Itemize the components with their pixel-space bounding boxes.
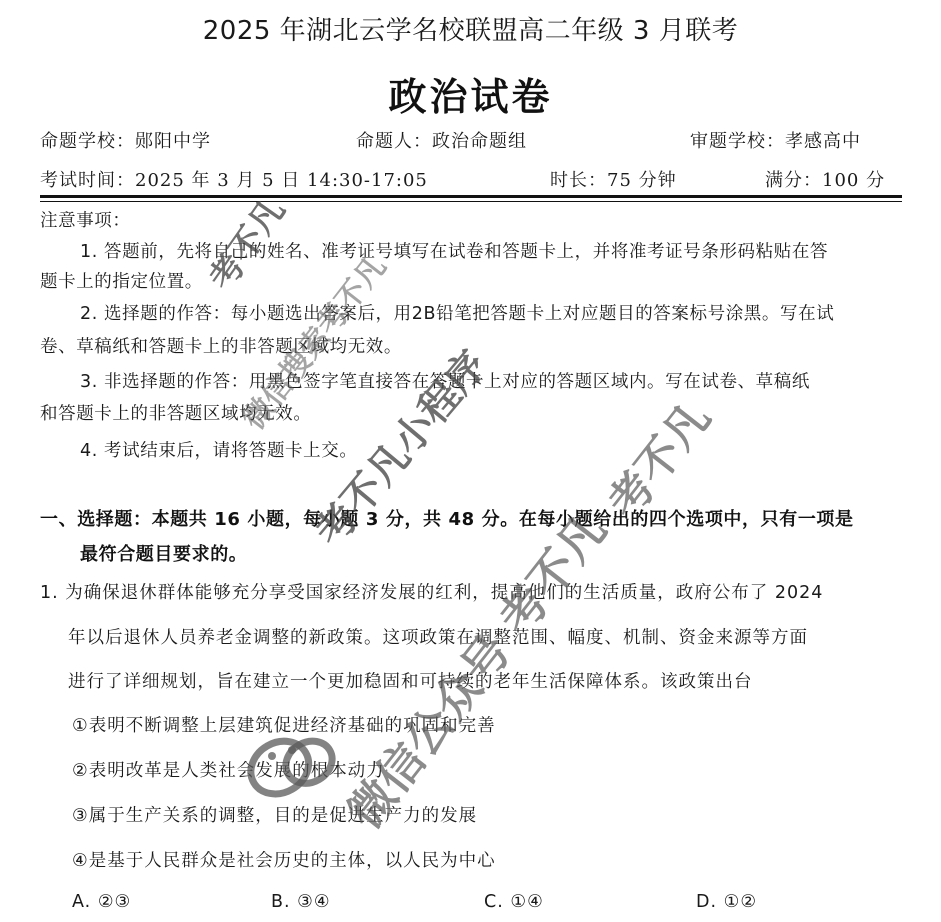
notice-item-1-line2: 题卡上的指定位置。 [40,268,203,293]
full-score: 满分：100 分 [765,166,885,192]
statement-3: ③属于生产关系的调整，目的是促进生产力的发展 [72,802,477,827]
notice-item-3-line2: 和答题卡上的非答题区域均无效。 [40,400,312,425]
statement-1: ①表明不断调整上层建筑促进经济基础的巩固和完善 [72,712,496,737]
option-d-value: ①② [724,892,757,912]
notice-item-2-line2: 卷、草稿纸和答题卡上的非答题区域均无效。 [40,333,402,358]
option-b: B. ③④ [271,892,331,912]
reviewer-school: 审题学校：孝感高中 [690,127,861,153]
option-c: C. ①④ [484,892,544,912]
option-d: D. ①② [696,892,757,912]
header-rule-thin [40,201,902,202]
subject-title: 政治试卷 [0,66,941,121]
option-a-value: ②③ [98,892,131,912]
notice-heading: 注意事项： [40,207,131,232]
duration: 时长：75 分钟 [550,166,677,192]
notice-item-1-line1: 1. 答题前，先将自己的姓名、准考证号填写在试卷和答题卡上，并将准考证号条形码粘… [80,238,828,263]
proposer: 命题人：政治命题组 [356,127,527,153]
section-heading-line2: 最符合题目要求的。 [80,540,247,566]
exam-time: 考试时间：2025 年 3 月 5 日 14:30-17:05 [40,166,428,192]
option-a: A. ②③ [72,892,131,912]
proposer-school: 命题学校：郧阳中学 [40,127,211,153]
notice-item-2-line1: 2. 选择题的作答：每小题选出答案后，用2B铅笔把答题卡上对应题目的答案标号涂黑… [80,300,834,325]
header-rule-thick [40,195,902,198]
option-d-label: D. [696,892,717,912]
statement-2: ②表明改革是人类社会发展的根本动力 [72,757,385,782]
question-1-stem-line1: 1. 为确保退休群体能够充分享受国家经济发展的红利，提高他们的生活质量，政府公布… [40,579,823,604]
option-b-value: ③④ [297,892,330,912]
section-heading-line1: 一、选择题：本题共 16 小题，每小题 3 分，共 48 分。在每小题给出的四个… [40,505,854,531]
option-c-value: ①④ [510,892,543,912]
notice-item-4: 4. 考试结束后，请将答题卡上交。 [80,437,357,462]
notice-item-3-line1: 3. 非选择题的作答：用黑色签字笔直接答在答题卡上对应的答题区域内。写在试卷、草… [80,368,810,393]
option-c-label: C. [484,892,504,912]
question-1-stem-line3: 进行了详细规划，旨在建立一个更加稳固和可持续的老年生活保障体系。该政策出台 [68,668,753,693]
statement-4: ④是基于人民群众是社会历史的主体，以人民为中心 [72,847,496,872]
exam-title: 2025 年湖北云学名校联盟高二年级 3 月联考 [0,10,941,47]
option-b-label: B. [271,892,291,912]
question-1-stem-line2: 年以后退休人员养老金调整的新政策。这项政策在调整范围、幅度、机制、资金来源等方面 [68,624,808,649]
option-a-label: A. [72,892,91,912]
